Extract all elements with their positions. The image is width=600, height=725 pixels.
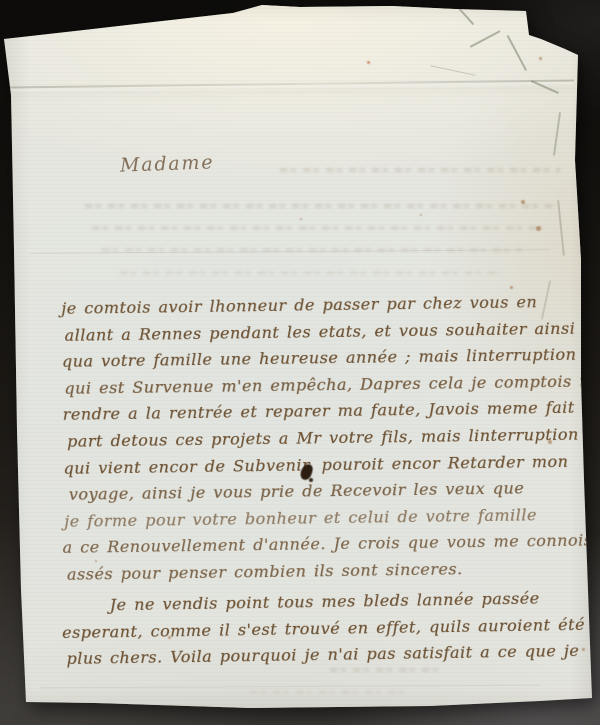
- paper-shadow: Madame je comtois avoir lhonneur de pass…: [0, 0, 600, 725]
- paper-edge-shading: [0, 0, 600, 725]
- letter-paper: Madame je comtois avoir lhonneur de pass…: [0, 0, 600, 725]
- photo-background: Madame je comtois avoir lhonneur de pass…: [0, 0, 600, 725]
